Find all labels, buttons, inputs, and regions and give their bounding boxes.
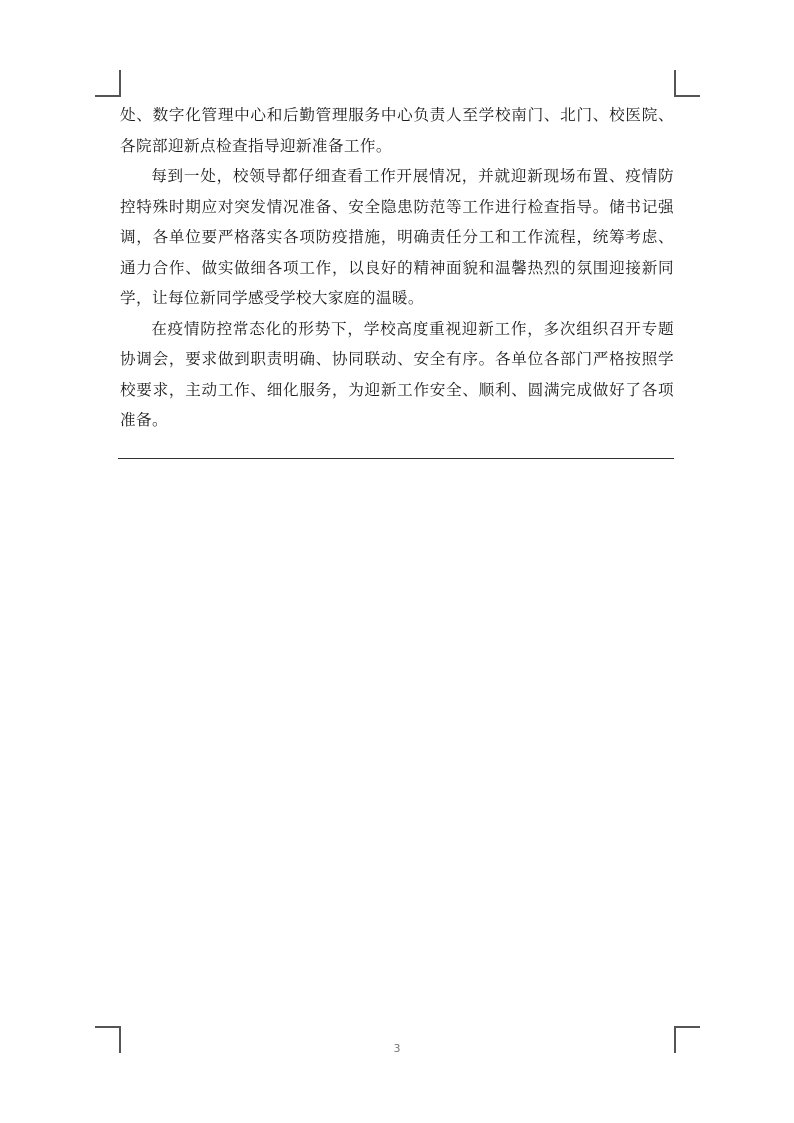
end-rule-divider (118, 458, 674, 459)
crop-mark-top-right (674, 70, 700, 97)
crop-mark-top-left (95, 70, 121, 97)
paragraph-3: 在疫情防控常态化的形势下，学校高度重视迎新工作，多次组织召开专题协调会，要求做到… (120, 314, 674, 436)
paragraph-2: 每到一处，校领导都仔细查看工作开展情况，并就迎新现场布置、疫情防控特殊时期应对突… (120, 161, 674, 314)
document-body: 处、数字化管理中心和后勤管理服务中心负责人至学校南门、北门、校医院、各院部迎新点… (120, 100, 674, 436)
page-number: 3 (0, 1042, 794, 1055)
paragraph-1: 处、数字化管理中心和后勤管理服务中心负责人至学校南门、北门、校医院、各院部迎新点… (120, 100, 674, 161)
